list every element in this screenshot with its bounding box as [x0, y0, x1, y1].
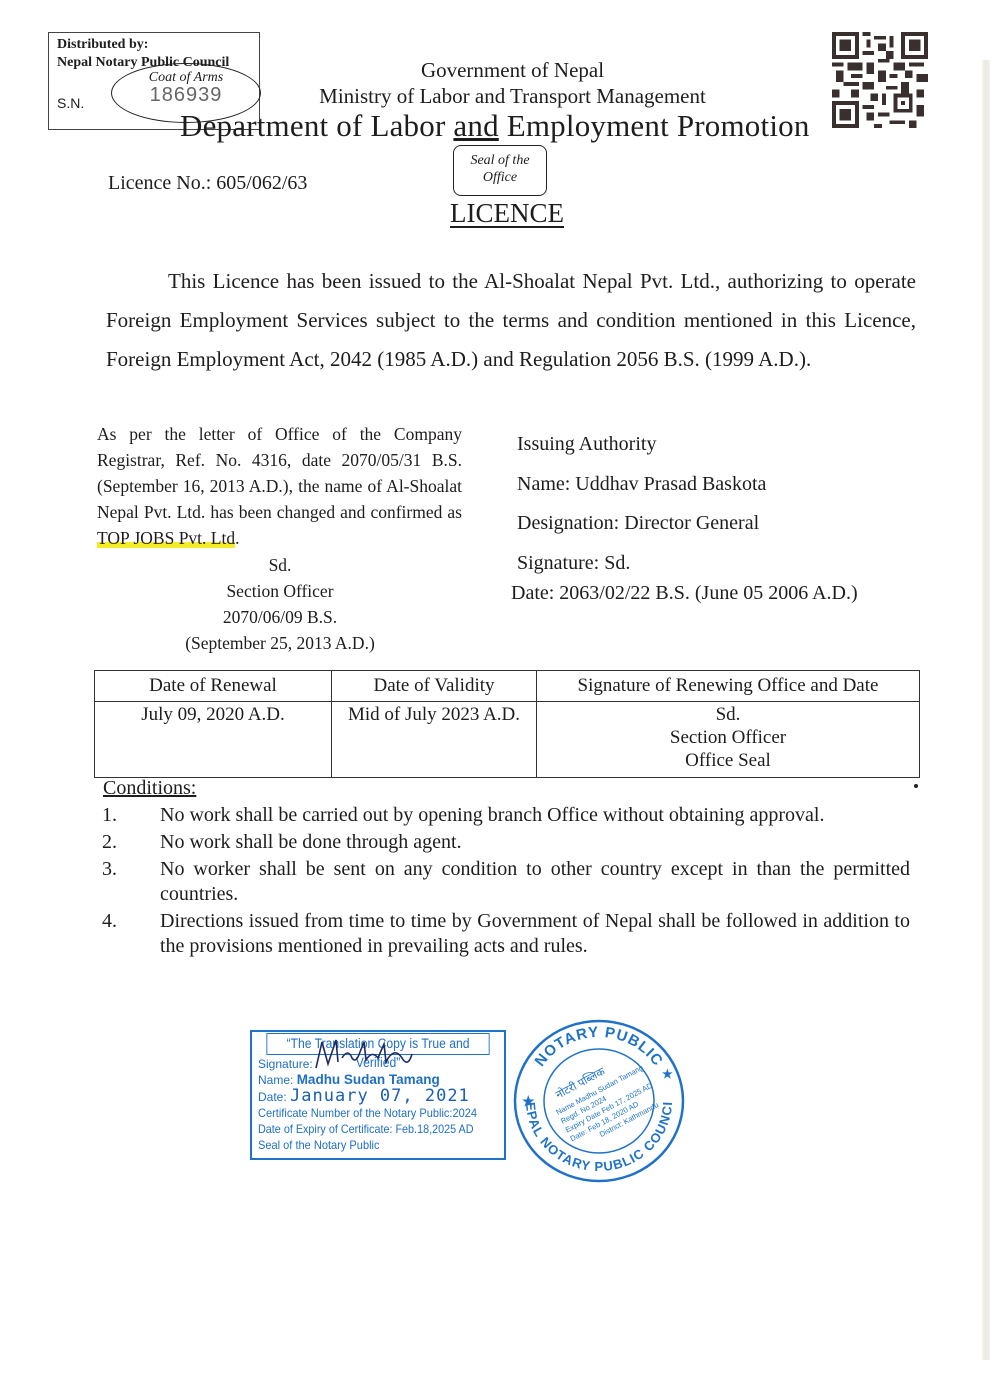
distributed-by-label: Distributed by:	[57, 37, 148, 53]
scan-edge-shadow	[982, 60, 990, 1360]
conditions-list: 1.No work shall be carried out by openin…	[102, 803, 910, 961]
condition-number: 1.	[102, 803, 160, 828]
date-label: Date:	[258, 1090, 287, 1104]
issuing-authority-block: Issuing Authority Name: Uddhav Prasad Ba…	[517, 425, 766, 583]
name-label: Name:	[258, 1073, 293, 1087]
handwritten-signature-icon	[308, 1034, 428, 1072]
issuing-authority-name: Name: Uddhav Prasad Baskota	[517, 465, 766, 505]
handwritten-date: January 07, 2021	[290, 1086, 470, 1106]
issuing-authority-date: Date: 2063/02/22 B.S. (June 05 2006 A.D.…	[511, 582, 858, 605]
column-header: Date of Validity	[332, 671, 537, 702]
signature-label: Signature:	[258, 1057, 313, 1071]
notary-verification-stamp: “The Translation Copy is True and Verifi…	[250, 1030, 506, 1160]
list-item: 4.Directions issued from time to time by…	[102, 909, 910, 959]
sign-officer: Section Officer	[140, 578, 420, 604]
signature-cell: Sd. Section Officer Office Seal	[537, 702, 920, 778]
condition-text: No worker shall be sent on any condition…	[160, 857, 910, 907]
section-officer-signoff: Sd. Section Officer 2070/06/09 B.S. (Sep…	[140, 552, 420, 656]
issuing-authority-heading: Issuing Authority	[517, 425, 766, 465]
seal-label-2: Office	[454, 169, 546, 186]
notary-round-seal-icon: NOTARY PUBLIC NEPAL NOTARY PUBLIC COUNCI…	[512, 1018, 686, 1184]
qr-code-icon	[832, 32, 928, 128]
department-text-2: and	[453, 108, 498, 143]
svg-text:★: ★	[662, 1067, 673, 1081]
column-header: Date of Renewal	[95, 671, 332, 702]
paragraph-text: This Licence has been issued to the Al-S…	[106, 269, 916, 371]
department-heading: Department of Labor and Employment Promo…	[180, 108, 810, 144]
sign-date-ad: (September 25, 2013 A.D.)	[140, 630, 420, 656]
svg-text:★: ★	[522, 1093, 535, 1109]
validity-date-cell: Mid of July 2023 A.D.	[332, 702, 537, 778]
issuing-authority-designation: Designation: Director General	[517, 504, 766, 544]
renewal-date-cell: July 09, 2020 A.D.	[95, 702, 332, 778]
department-text-3: Employment Promotion	[499, 108, 810, 143]
licence-number: Licence No.: 605/062/63	[108, 172, 307, 195]
list-item: 3.No worker shall be sent on any conditi…	[102, 857, 910, 907]
svg-text:NOTARY PUBLIC: NOTARY PUBLIC	[532, 1024, 667, 1070]
condition-number: 3.	[102, 857, 160, 907]
condition-text: Directions issued from time to time by G…	[160, 909, 910, 959]
conditions-title: Conditions:	[103, 777, 196, 800]
renewal-table: Date of Renewal Date of Validity Signatu…	[94, 670, 920, 778]
notary-name: Madhu Sudan Tamang	[297, 1072, 440, 1087]
note-tail: .	[235, 528, 239, 548]
government-heading: Government of Nepal	[300, 58, 725, 83]
seal-label: Seal of the Notary Public	[258, 1138, 380, 1152]
certificate-number: Certificate Number of the Notary Public:…	[258, 1106, 477, 1120]
licence-title: LICENCE	[450, 198, 564, 229]
condition-text: No work shall be carried out by opening …	[160, 803, 910, 828]
condition-number: 2.	[102, 830, 160, 855]
table-header-row: Date of Renewal Date of Validity Signatu…	[95, 671, 920, 702]
condition-number: 4.	[102, 909, 160, 959]
sign-sd: Sd.	[140, 552, 420, 578]
note-text: As per the letter of Office of the Compa…	[97, 424, 462, 522]
list-item: 2.No work shall be done through agent.	[102, 830, 910, 855]
list-item: 1.No work shall be carried out by openin…	[102, 803, 910, 828]
sign-date-bs: 2070/06/09 B.S.	[140, 604, 420, 630]
stray-mark	[914, 784, 918, 788]
certificate-expiry: Date of Expiry of Certificate: Feb.18,20…	[258, 1122, 474, 1136]
department-text-1: Department of Labor	[180, 108, 453, 143]
ministry-heading: Ministry of Labor and Transport Manageme…	[290, 84, 735, 109]
serial-number: 186939	[112, 84, 260, 107]
name-change-note: As per the letter of Office of the Compa…	[97, 421, 462, 551]
seal-top-text: NOTARY PUBLIC	[532, 1024, 667, 1070]
notary-date-line: Date: January 07, 2021	[258, 1086, 470, 1106]
condition-text: No work shall be done through agent.	[160, 830, 910, 855]
notary-name-line: Name: Madhu Sudan Tamang	[258, 1072, 440, 1087]
highlighted-company-name: TOP JOBS Pvt. Ltd	[97, 528, 235, 548]
column-header: Signature of Renewing Office and Date	[537, 671, 920, 702]
seal-label-1: Seal of the	[454, 152, 546, 169]
serial-label: S.N.	[57, 95, 84, 111]
licence-paragraph: This Licence has been issued to the Al-S…	[106, 262, 916, 379]
table-row: July 09, 2020 A.D. Mid of July 2023 A.D.…	[95, 702, 920, 778]
seal-of-office-box: Seal of the Office	[453, 145, 547, 196]
issuing-authority-signature: Signature: Sd.	[517, 544, 766, 584]
